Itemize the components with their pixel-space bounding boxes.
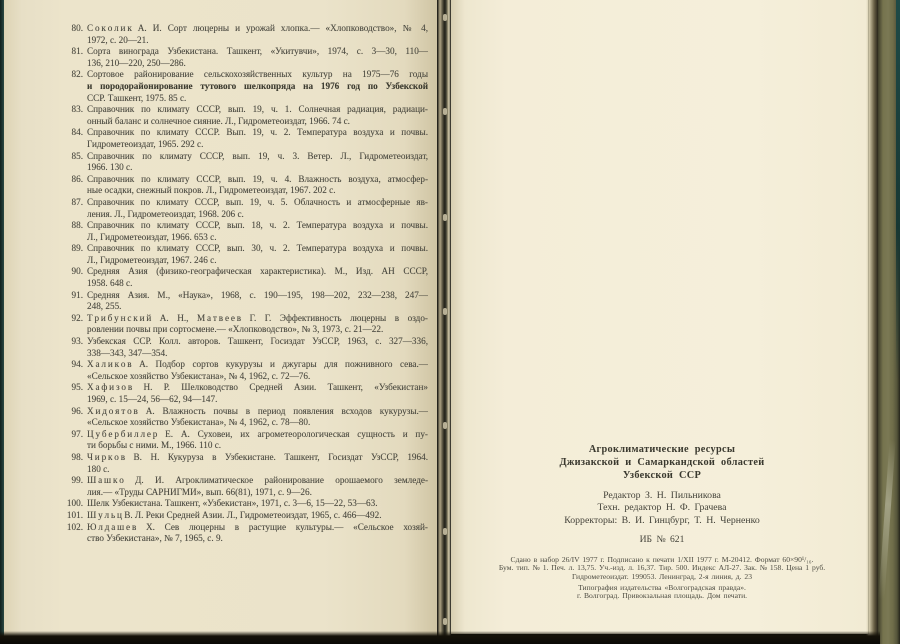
entry-line: Справочник по климату СССР, вып. 19, ч. … [87, 197, 428, 209]
entry-line: Сортовое районирование сельскохозяйствен… [87, 69, 428, 81]
bibliography-entry: 89.Справочник по климату СССР, вып. 30, … [62, 243, 428, 266]
colophon-ib-number: ИБ № 621 [451, 534, 873, 546]
entry-line: Х а ф и з о в Н. Р. Шелководство Средней… [87, 382, 428, 394]
entry-line: «Сельское хозяйство Узбекистана», № 4, 1… [87, 417, 428, 429]
entry-line: Х а л и к о в А. Подбор сортов кукурузы … [87, 359, 428, 371]
entry-line: Справочник по климату СССР, вып. 19, ч. … [87, 151, 428, 163]
bibliography-list: 80.С о к о л и к А. И. Сорт люцерны и ур… [62, 23, 428, 545]
colophon-title: Агроклиматические ресурсыДжизакской и Са… [451, 444, 873, 482]
bibliography-entry: 88.Справочник по климату СССР, вып. 18, … [62, 220, 428, 243]
stitch [443, 14, 447, 21]
bibliography-entry: 85.Справочник по климату СССР, вып. 19, … [62, 151, 428, 174]
entry-line: ные осадки, снежный покров. Л., Гидромет… [87, 185, 428, 197]
bibliography-entry: 90.Средняя Азия (физико-географическая х… [62, 266, 428, 289]
entry-line: Справочник по климату СССР, вып. 18, ч. … [87, 220, 428, 232]
bibliography-entry: 95.Х а ф и з о в Н. Р. Шелководство Сред… [62, 382, 428, 405]
bibliography-entry: 82.Сортовое районирование сельскохозяйст… [62, 69, 428, 104]
bibliography-entry: 99.Ш а ш к о Д. И. Агроклиматическое рай… [62, 475, 428, 498]
entry-line: Л., Гидрометеоиздат, 1967. 246 с. [87, 255, 428, 267]
entry-line: Справочник по климату СССР, вып. 19, ч. … [87, 174, 428, 186]
stitch [443, 528, 447, 535]
credit-line: Корректоры: В. И. Гинцбург, Т. Н. Чернен… [451, 515, 873, 527]
entry-number: 100. [62, 498, 83, 510]
entry-number: 99. [62, 475, 83, 487]
entry-number: 89. [62, 243, 83, 255]
entry-line: ровлении почвы при сортосмене.— «Хлопков… [87, 324, 428, 336]
entry-line: Ч и р к о в В. Н. Кукуруза в Узбекистане… [87, 452, 428, 464]
bibliography-entry: 101.Ш у л ь ц В. Л. Реки Средней Азии. Л… [62, 510, 428, 522]
cover-corner-accent [896, 0, 900, 380]
left-page: 80.С о к о л и к А. И. Сорт люцерны и ур… [4, 0, 437, 636]
entry-line: Ш у л ь ц В. Л. Реки Средней Азии. Л., Г… [87, 510, 428, 522]
book-gutter [437, 0, 451, 644]
colophon-title-line: Агроклиматические ресурсы [451, 444, 873, 457]
entry-number: 87. [62, 197, 83, 209]
entry-number: 81. [62, 46, 83, 58]
entry-number: 83. [62, 104, 83, 116]
entry-number: 95. [62, 382, 83, 394]
entry-line: 1966. 130 с. [87, 162, 428, 174]
bibliography-entry: 97.Ц у б е р б и л л е р Е. А. Суховеи, … [62, 429, 428, 452]
credit-line: Редактор З. Н. Пильникова [451, 490, 873, 502]
entry-line: Гидрометеоиздат, 1965. 292 с. [87, 139, 428, 151]
entry-number: 82. [62, 69, 83, 81]
bibliography-entry: 92.Т р и б у н с к и й А. Н., М а т в е … [62, 313, 428, 336]
stitch [443, 214, 447, 221]
bibliography-entry: 91.Средняя Азия. М., «Наука», 1968, с. 1… [62, 290, 428, 313]
bibliography-entry: 86.Справочник по климату СССР, вып. 19, … [62, 174, 428, 197]
bibliography-entry: 83.Справочник по климату СССР, вып. 19, … [62, 104, 428, 127]
entry-line: С о к о л и к А. И. Сорт люцерны и урожа… [87, 23, 428, 35]
entry-line: ти борьбы с ними. М., 1966. 110 с. [87, 440, 428, 452]
bibliography-entry: 102.Ю л д а ш е в Х. Сев люцерны в расту… [62, 522, 428, 545]
entry-number: 102. [62, 522, 83, 534]
entry-line: Средняя Азия. М., «Наука», 1968, с. 190—… [87, 290, 428, 302]
colophon-printer: Типография издательства «Волгоградская п… [451, 584, 873, 601]
bibliography-entry: 80.С о к о л и к А. И. Сорт люцерны и ур… [62, 23, 428, 46]
bibliography-entry: 98.Ч и р к о в В. Н. Кукуруза в Узбекист… [62, 452, 428, 475]
entry-number: 90. [62, 266, 83, 278]
entry-line: 248, 255. [87, 301, 428, 313]
colophon-title-line: Джизакской и Самаркандской областей [451, 457, 873, 470]
bibliography-entry: 84.Справочник по климату СССР. Вып. 19, … [62, 127, 428, 150]
entry-line: Сорта винограда Узбекистана. Ташкент, «У… [87, 46, 428, 58]
entry-number: 101. [62, 510, 83, 522]
entry-line: Ц у б е р б и л л е р Е. А. Суховеи, их … [87, 429, 428, 441]
entry-line: 136, 210—220, 250—286. [87, 58, 428, 70]
entry-line: Шелк Узбекистана. Ташкент, «Узбекистан»,… [87, 498, 428, 510]
entry-line: и породорайонирование тутового шелкопряд… [87, 81, 428, 93]
entry-line: 1972, с. 20—21. [87, 35, 428, 47]
background-shadow [0, 631, 880, 644]
entry-line: Средняя Азия (физико-географическая хара… [87, 266, 428, 278]
bibliography-entry: 81.Сорта винограда Узбекистана. Ташкент,… [62, 46, 428, 69]
printer-line: г. Волгоград. Привокзальная площадь. Дом… [451, 592, 873, 601]
entry-number: 93. [62, 336, 83, 348]
bibliography-entry: 100.Шелк Узбекистана. Ташкент, «Узбекист… [62, 498, 428, 510]
entry-line: лия.— «Труды САРНИГМИ», вып. 66(81), 197… [87, 487, 428, 499]
entry-number: 96. [62, 406, 83, 418]
entry-number: 98. [62, 452, 83, 464]
entry-line: 180 с. [87, 464, 428, 476]
entry-line: Ш а ш к о Д. И. Агроклиматическое райони… [87, 475, 428, 487]
bibliography-entry: 94.Х а л и к о в А. Подбор сортов кукуру… [62, 359, 428, 382]
entry-line: ССР. Ташкент, 1975. 85 с. [87, 93, 428, 105]
entry-number: 80. [62, 23, 83, 35]
entry-line: Справочник по климату СССР, вып. 19, ч. … [87, 104, 428, 116]
entry-line: Узбекская ССР. Колл. авторов. Ташкент, Г… [87, 336, 428, 348]
entry-line: Т р и б у н с к и й А. Н., М а т в е е в… [87, 313, 428, 325]
entry-number: 84. [62, 127, 83, 139]
entry-line: Справочник по климату СССР, вып. 30, ч. … [87, 243, 428, 255]
credit-line: Техн. редактор Н. Ф. Грачева [451, 502, 873, 514]
colophon-credits: Редактор З. Н. ПильниковаТехн. редактор … [451, 490, 873, 526]
entry-line: ство Узбекистана», № 7, 1965, с. 9. [87, 533, 428, 545]
bibliography-entry: 96.Х и д о я т о в А. Влажность почвы в … [62, 406, 428, 429]
entry-line: Х и д о я т о в А. Влажность почвы в пер… [87, 406, 428, 418]
stitch [443, 108, 447, 115]
entry-line: «Сельское хозяйство Узбекистана», № 4, 1… [87, 371, 428, 383]
entry-line: Л., Гидрометеоиздат, 1966. 653 с. [87, 232, 428, 244]
colophon: Агроклиматические ресурсыДжизакской и Са… [451, 444, 873, 601]
imprint-line: Гидрометеоиздат. 199053. Ленинград, 2-я … [451, 573, 873, 582]
entry-line: 338—343, 347—354. [87, 348, 428, 360]
entry-number: 88. [62, 220, 83, 232]
entry-line: онный баланс и солнечное сияние. Л., Гид… [87, 116, 428, 128]
bibliography-entry: 93.Узбекская ССР. Колл. авторов. Ташкент… [62, 336, 428, 359]
entry-number: 92. [62, 313, 83, 325]
entry-number: 97. [62, 429, 83, 441]
entry-line: 1969, с. 15—24, 56—62, 94—147. [87, 394, 428, 406]
entry-number: 91. [62, 290, 83, 302]
entry-line: Ю л д а ш е в Х. Сев люцерны в растущие … [87, 522, 428, 534]
colophon-imprint: Сдано в набор 26/IV 1977 г. Подписано к … [451, 556, 873, 582]
stitch [443, 422, 447, 429]
colophon-title-line: Узбекской ССР [451, 470, 873, 483]
stitch [443, 308, 447, 315]
entry-line: 1958. 648 с. [87, 278, 428, 290]
entry-line: Справочник по климату СССР. Вып. 19, ч. … [87, 127, 428, 139]
entry-number: 86. [62, 174, 83, 186]
book-spread-photo: 80.С о к о л и к А. И. Сорт люцерны и ур… [0, 0, 900, 644]
entry-number: 94. [62, 359, 83, 371]
entry-number: 85. [62, 151, 83, 163]
stitch [443, 618, 447, 625]
bibliography-entry: 87.Справочник по климату СССР, вып. 19, … [62, 197, 428, 220]
entry-line: ления. Л., Гидрометеоиздат, 1968. 206 с. [87, 209, 428, 221]
